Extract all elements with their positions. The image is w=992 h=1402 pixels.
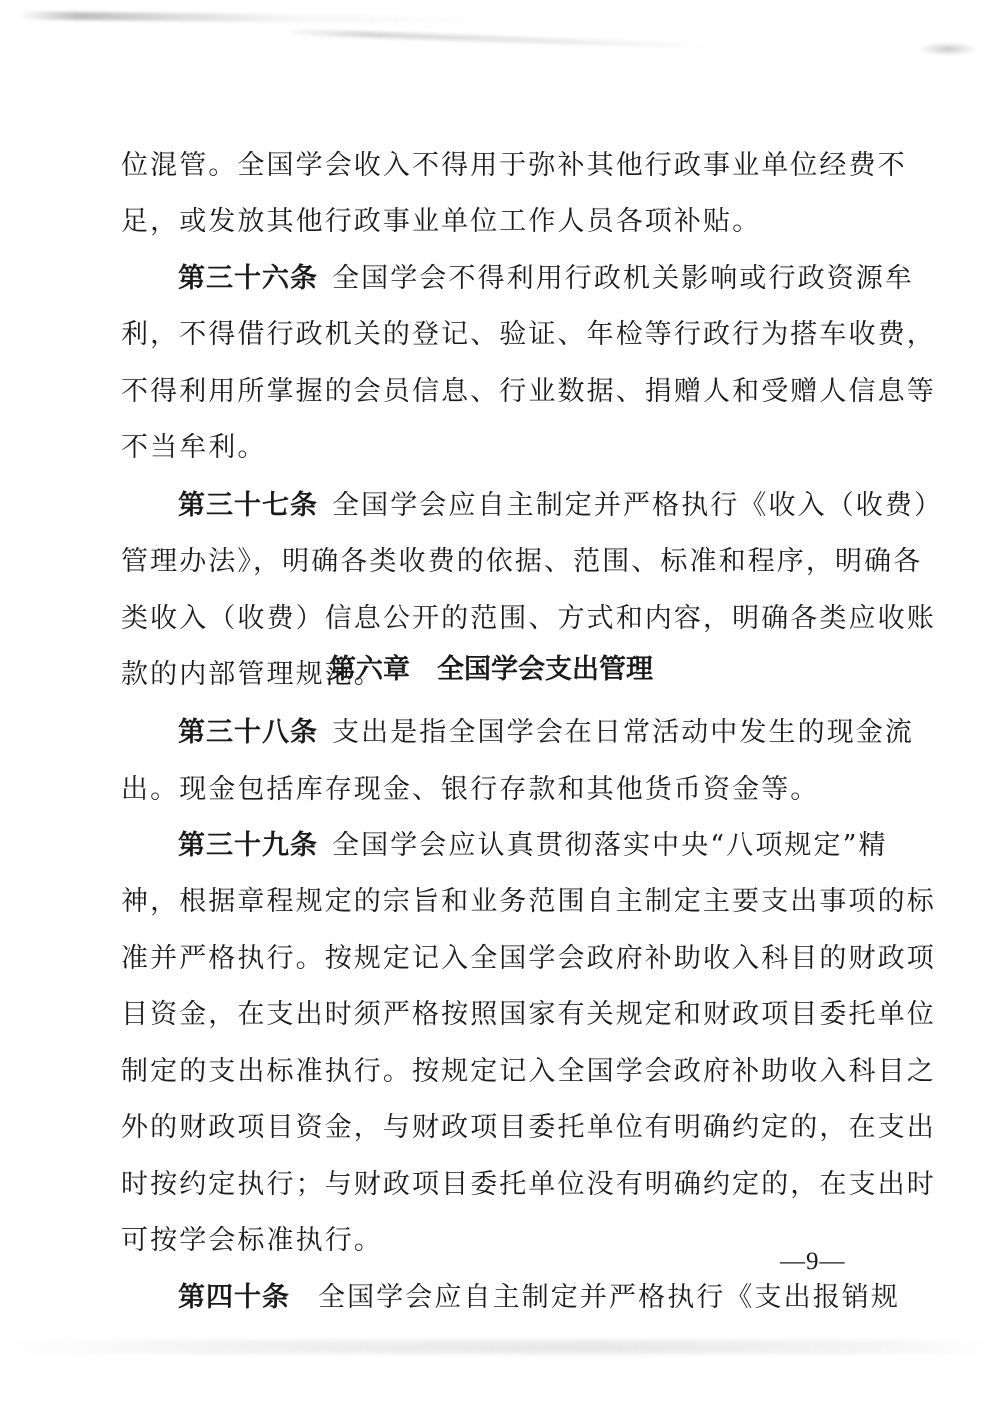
scan-artifact-bottom bbox=[0, 1340, 992, 1354]
article-40-line-1: 第四十条全国学会应自主制定并严格执行《支出报销规 bbox=[178, 1278, 900, 1318]
article-38-text: 支出是指全国学会在日常活动中发生的现金流 bbox=[332, 717, 914, 748]
article-40-label: 第四十条 bbox=[178, 1282, 290, 1313]
article-39-label: 第三十九条 bbox=[178, 830, 318, 861]
scan-artifact-right bbox=[918, 42, 978, 56]
article-39-line-8: 可按学会标准执行。 bbox=[121, 1221, 383, 1261]
article-36-text: 全国学会不得利用行政机关影响或行政资源牟 bbox=[332, 263, 914, 294]
paragraph-continuation-line-1: 位混管。全国学会收入不得用于弥补其他行政事业单位经费不 bbox=[121, 146, 907, 186]
article-36-line-1: 第三十六条全国学会不得利用行政机关影响或行政资源牟 bbox=[178, 259, 914, 299]
scan-artifact-top-secondary bbox=[280, 28, 710, 49]
article-39-line-5: 制定的支出标准执行。按规定记入全国学会政府补助收入科目之 bbox=[121, 1052, 936, 1092]
article-38-line-2: 出。现金包括库存现金、银行存款和其他货币资金等。 bbox=[121, 770, 819, 810]
article-39-line-3: 准并严格执行。按规定记入全国学会政府补助收入科目的财政项 bbox=[121, 939, 936, 979]
article-39-line-7: 时按约定执行；与财政项目委托单位没有明确约定的，在支出时 bbox=[121, 1165, 936, 1205]
article-37-line-3: 类收入（收费）信息公开的范围、方式和内容，明确各类应收账 bbox=[121, 599, 936, 639]
article-38-line-1: 第三十八条支出是指全国学会在日常活动中发生的现金流 bbox=[178, 713, 914, 753]
article-36-line-4: 不当牟利。 bbox=[121, 428, 267, 468]
article-36-label: 第三十六条 bbox=[178, 263, 318, 294]
scan-artifact-top bbox=[18, 11, 518, 24]
article-39-line-6: 外的财政项目资金，与财政项目委托单位有明确约定的，在支出 bbox=[121, 1108, 936, 1148]
article-39-text: 全国学会应认真贯彻落实中央“八项规定”精 bbox=[332, 830, 888, 861]
article-39-line-2: 神，根据章程规定的宗旨和业务范围自主制定主要支出事项的标 bbox=[121, 882, 936, 922]
article-38-label: 第三十八条 bbox=[178, 717, 318, 748]
article-37-label: 第三十七条 bbox=[178, 490, 318, 521]
chapter-heading: 第六章 全国学会支出管理 bbox=[121, 650, 861, 690]
article-39-line-1: 第三十九条全国学会应认真贯彻落实中央“八项规定”精 bbox=[178, 826, 888, 866]
paragraph-continuation-line-2: 足，或发放其他行政事业单位工作人员各项补贴。 bbox=[121, 202, 761, 242]
article-36-line-2: 利，不得借行政机关的登记、验证、年检等行政行为搭车收费， bbox=[121, 315, 936, 355]
page-number: —9— bbox=[780, 1248, 846, 1276]
article-36-line-3: 不得利用所掌握的会员信息、行业数据、捐赠人和受赠人信息等 bbox=[121, 372, 936, 412]
article-39-line-4: 目资金，在支出时须严格按照国家有关规定和财政项目委托单位 bbox=[121, 995, 936, 1035]
article-37-line-2: 管理办法》，明确各类收费的依据、范围、标准和程序，明确各 bbox=[121, 542, 922, 582]
article-40-text: 全国学会应自主制定并严格执行《支出报销规 bbox=[318, 1282, 900, 1313]
article-37-text: 全国学会应自主制定并严格执行《收入（收费） bbox=[332, 490, 943, 521]
article-37-line-1: 第三十七条全国学会应自主制定并严格执行《收入（收费） bbox=[178, 486, 943, 526]
